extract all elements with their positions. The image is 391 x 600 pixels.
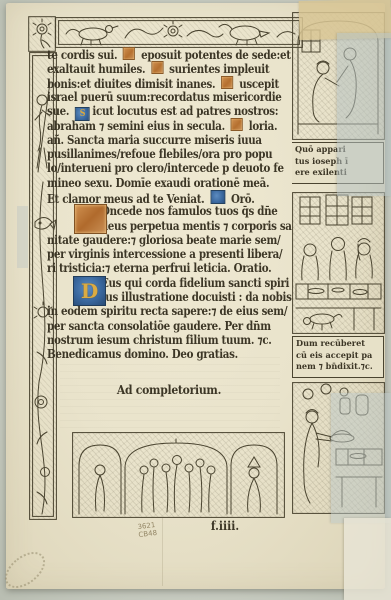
tape-strip-bottom-right — [344, 518, 391, 600]
signature-mark: f.iiii. — [176, 519, 275, 533]
main-text-block: te cordis sui. eposuit potentes de sede:… — [47, 47, 291, 367]
text-segment: abraham ⁊ semini eius in secula. — [47, 119, 228, 133]
section-heading: Ad completorium. — [59, 383, 279, 397]
tape-strip-right-upper — [337, 33, 391, 196]
top-border-woodcut — [55, 17, 303, 48]
caption-line: nem ⁊ bn̄dixit.⁊c. — [296, 362, 379, 374]
text-line: te cordis sui. eposuit potentes de sede:… — [47, 47, 259, 61]
text-line: per virginis intercessione a presenti li… — [47, 247, 259, 261]
text-segment: te cordis sui. — [47, 48, 121, 62]
text-segment: icut locutus est ad patres nostros: — [92, 104, 278, 118]
gold-inline-initial — [123, 47, 135, 60]
text-line: sue. Sicut locutus est ad patres nostros… — [47, 104, 259, 118]
bottom-border-woodcut — [72, 432, 285, 518]
paper-crease — [162, 518, 163, 586]
text-segment: mineo sexu. Domīe exaudi orationē meā. — [47, 176, 269, 190]
text-line: abraham ⁊ semini eius in secula. loria. — [47, 118, 259, 132]
text-line: lo/interueni pro clero/intercede p deuot… — [47, 161, 259, 175]
text-line: israel puerū suum:recordatus misericordi… — [47, 90, 259, 104]
gold-inline-initial — [221, 76, 233, 89]
text-segment: bonis:et diuites dimisit inanes. — [47, 77, 219, 91]
text-segment: nostrum iesum christum filium tuum. ⁊c. — [47, 333, 272, 347]
blue-inline-initial — [210, 190, 225, 204]
text-line: in eodem spiritu recta sapere:⁊ de eius … — [47, 304, 259, 318]
text-segment: in eodem spiritu recta sapere:⁊ de eius … — [47, 304, 287, 318]
text-line: añ. Sancta maria succurre miseris iuua — [47, 133, 259, 147]
caption-line: cū eis accepit pa — [296, 351, 379, 363]
text-segment: sue. — [47, 104, 72, 118]
marginal-caption-bottom: Dum recūberetcū eis accepit panem ⁊ bn̄d… — [292, 336, 384, 378]
text-segment: uscepit — [236, 77, 279, 91]
gold-inline-initial — [231, 118, 243, 131]
tape-strip-right-lower — [331, 393, 391, 523]
text-line: Et clamor meus ad te Veniat. Orō. — [47, 190, 259, 204]
text-segment: Oncede nos famulos tuos q̄s dn̄e — [101, 204, 278, 218]
text-segment: deus perpetua mentis ⁊ corporis sa — [101, 219, 292, 233]
vignette-supper-scene — [292, 192, 385, 334]
text-line: mineo sexu. Domīe exaudi orationē meā. — [47, 176, 259, 190]
text-segment: loria. — [246, 119, 278, 133]
text-segment: pusillanimes/refoue flebiles/ora pro pop… — [47, 147, 272, 161]
caption-line: Dum recūberet — [296, 339, 379, 351]
text-line: per sancta consolatiōe gaudere. Per dn̄m — [47, 319, 259, 333]
gold-illuminated-initial — [74, 204, 107, 234]
gold-inline-initial — [151, 61, 163, 74]
text-line: ri tristicia:⁊ eterna perfrui leticia. O… — [47, 261, 259, 275]
text-line: exaltauit humiles. surientes impleuit — [47, 61, 259, 75]
text-segment: tus illustratione docuisti : da nobis — [101, 290, 292, 304]
text-line: nostrum iesum christum filium tuum. ⁊c. — [47, 333, 259, 347]
text-segment: surientes impleuit — [166, 62, 269, 76]
text-segment: eposuit potentes de sede:et — [138, 48, 291, 62]
text-segment: per sancta consolatiōe gaudere. Per dn̄m — [47, 319, 271, 333]
text-segment: per virginis intercessione a presenti li… — [47, 247, 282, 261]
blue-illuminated-initial: D — [73, 276, 106, 306]
text-segment: nitate gaudere:⁊ gloriosa beate marie se… — [47, 233, 280, 247]
text-segment: añ. Sancta maria succurre miseris iuua — [47, 133, 262, 147]
pencil-inscription: 3621 CB48 — [137, 521, 157, 539]
text-segment: Eus qui corda fidelium sancti spiri — [101, 276, 289, 290]
tape-strip-left-edge — [17, 206, 28, 268]
text-segment: israel puerū suum:recordatus misericordi… — [47, 90, 282, 104]
text-line: bonis:et diuites dimisit inanes. uscepit — [47, 76, 259, 90]
text-segment: exaltauit humiles. — [47, 62, 149, 76]
text-line: nitate gaudere:⁊ gloriosa beate marie se… — [47, 233, 259, 247]
text-line: pusillanimes/refoue flebiles/ora pro pop… — [47, 147, 259, 161]
text-segment: lo/interueni pro clero/intercede p deuot… — [47, 161, 284, 175]
text-segment: ri tristicia:⁊ eterna perfrui leticia. O… — [47, 261, 271, 275]
